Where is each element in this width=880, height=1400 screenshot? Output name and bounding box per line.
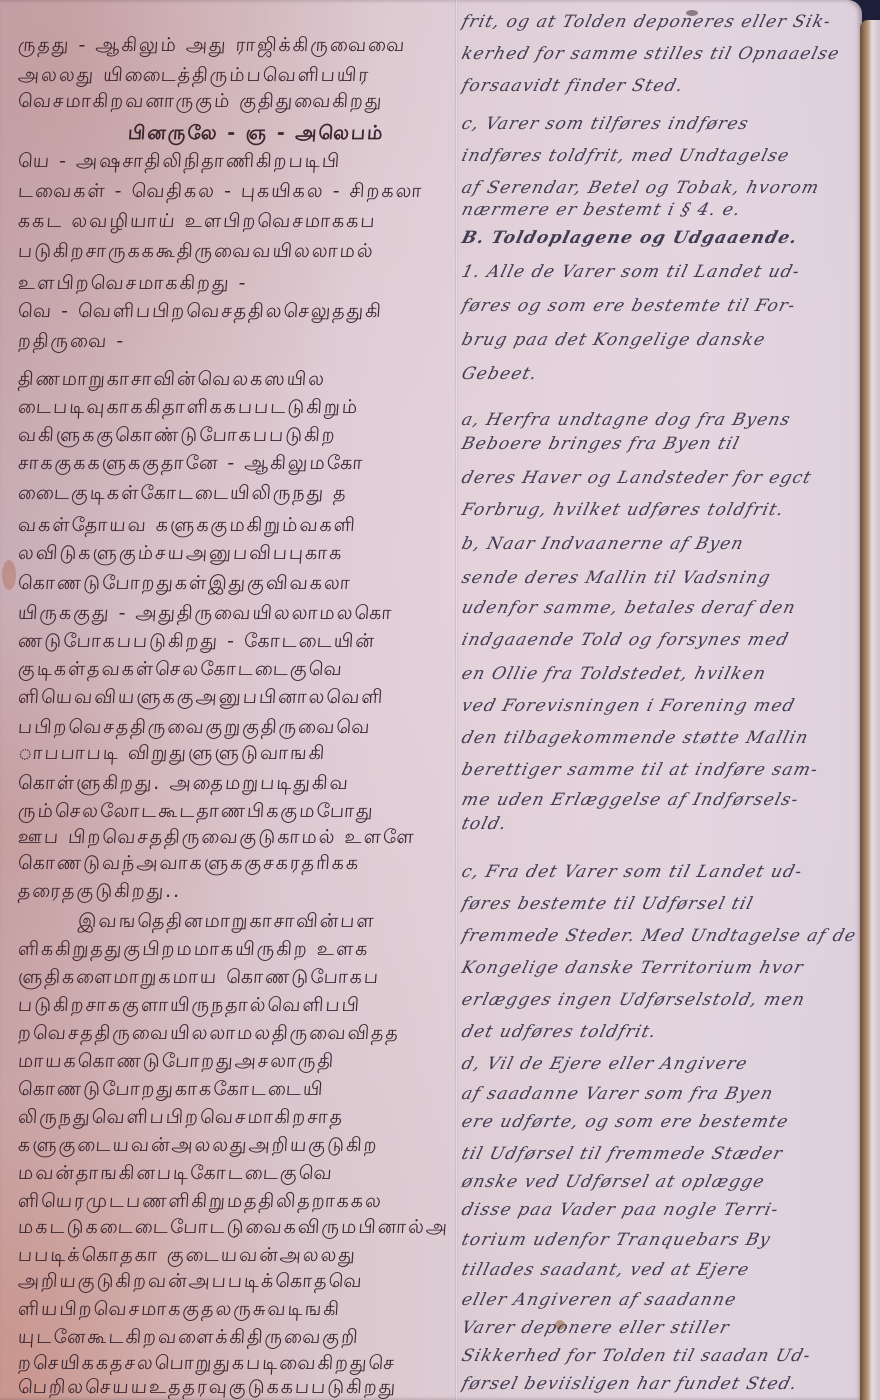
tamil-line: வகிளுககுகொண்டுபோகபபடுகிற <box>17 424 449 449</box>
danish-line: c, Fra det Varer som til Landet ud- <box>460 862 857 882</box>
danish-line: brug paa det Kongelige danske <box>460 330 857 350</box>
tamil-line: ளியெவவியளுககுஅனுபபினாலவெளி <box>17 686 449 711</box>
danish-line: ved Forevisningen i Forening med <box>460 696 857 716</box>
tamil-line: மாயககொணடுபோறதுஅசலாருதி <box>17 1050 449 1075</box>
tamil-line: ளிககிறுததுகுபிறமமாகயிருகிற உளக <box>17 938 449 963</box>
ink-stain <box>2 560 16 590</box>
danish-line: torium udenfor Tranquebars By <box>460 1230 857 1250</box>
tamil-line: அலலது யிடைைத்திரும்பவெளிபயிர <box>17 64 449 89</box>
danish-line: til Udførsel til fremmede Stæder <box>460 1144 857 1164</box>
danish-line: det udføres toldfrit. <box>460 1022 857 1042</box>
tamil-line: பபடிக்கொதகா குடையவன்அலலது <box>17 1244 449 1269</box>
tamil-line: பெறிலசெயயஉததரவுகுடுககபபடுகிறது <box>17 1376 449 1400</box>
danish-line: af Serendar, Betel og Tobak, hvorom <box>460 178 857 198</box>
danish-line: deres Haver og Landsteder for egct <box>460 468 857 488</box>
danish-column: frit, og at Tolden deponeres eller Sik- … <box>462 0 854 1400</box>
danish-line: told. <box>460 814 857 834</box>
tamil-line: மகடடுகடைடைபோடடுவைகவிருமபினால்அ <box>17 1216 449 1241</box>
tamil-line: திணமாறுகாசாவின்வெலகஸயில <box>17 368 449 393</box>
tamil-line: மவன்தாஙகினபடிகோடடைகுவெ <box>17 1162 449 1187</box>
book-binding-edge <box>860 20 880 1400</box>
danish-line: ønske ved Udførsel at oplægge <box>460 1172 857 1192</box>
tamil-line: வெசமாகிறவனாருகும் குதிதுவைகிறது <box>17 90 449 115</box>
tamil-line: றவெசததிருவையிலலாமலதிருவைவிதத <box>17 1022 449 1047</box>
tamil-line: ககட லவழியாய் உளபிறவெசமாககப <box>17 210 449 235</box>
danish-line: indføres toldfrit, med Undtagelse <box>460 146 857 166</box>
tamil-line: வெ - வெளிபபிறவெசததிலசெலுததுகி <box>17 300 449 325</box>
danish-line: den tilbagekommende støtte Mallin <box>460 728 857 748</box>
danish-line: erlægges ingen Udførselstold, men <box>460 990 857 1010</box>
danish-line: tillades saadant, ved at Ejere <box>460 1260 857 1280</box>
danish-line: fremmede Steder. Med Undtagelse af det <box>460 926 857 946</box>
danish-line: sende deres Mallin til Vadsning <box>460 568 857 588</box>
tamil-line: கொணடுவந்அவாகளுககுசகரதரிகக <box>17 852 449 877</box>
tamil-line: றசெயிககதசலபொறுதுகபடிவைகிறதுசெ <box>17 1352 449 1377</box>
danish-line: frit, og at Tolden deponeres eller Sik- <box>460 12 857 32</box>
danish-line: a, Herfra undtagne dog fra Byens <box>460 410 857 430</box>
danish-line: 1. Alle de Varer som til Landet ud- <box>460 262 857 282</box>
tamil-line: யெ - அஷசாதிலிநிதாணிகிறபடிபி <box>17 150 449 175</box>
danish-line: førsel beviisligen har fundet Sted. <box>460 1374 857 1394</box>
tamil-line: களுகுடையவன்அலலதுஅறியகுடுகிற <box>17 1134 449 1159</box>
tamil-line: ாபபாபடி விறுதுளுளுடுவாஙகி <box>17 742 449 767</box>
danish-line: Kongelige danske Territorium hvor <box>460 958 857 978</box>
tamil-line: யிருககுது - அதுதிருவையிலலாமலகொ <box>17 602 449 627</box>
danish-line: en Ollie fra Toldstedet, hvilken <box>460 664 857 684</box>
danish-line: disse paa Vader paa nogle Terri- <box>460 1200 857 1220</box>
tamil-line: ளுதிகளைமாறுகமாய கொணடுபோகப <box>17 966 449 991</box>
column-fold-line <box>455 0 458 1400</box>
tamil-line: ஊப பிறவெசததிருவைகுடுகாமல் உளளே <box>17 826 449 851</box>
danish-line: c, Varer som tilføres indføres <box>460 114 857 134</box>
manuscript-page: ருதது - ஆகிலும் அது ராஜிக்கிருவைவை அலலது… <box>0 0 862 1400</box>
tamil-column: ருதது - ஆகிலும் அது ராஜிக்கிருவைவை அலலது… <box>18 0 448 1400</box>
danish-line: kerhed for samme stilles til Opnaaelse <box>460 44 857 64</box>
tamil-line: கொள்ளுகிறது. அதைமறுபடிதுகிவ <box>17 772 449 797</box>
tamil-line: சாககுககளுககுதானே - ஆகிலுமகோ <box>17 452 449 477</box>
tamil-line: கொணடுபோறதுகள்இதுகுவிவகலா <box>17 572 449 597</box>
danish-line: føres bestemte til Udførsel til <box>460 894 857 914</box>
danish-line: Gebeet. <box>460 364 857 384</box>
tamil-line: டைபடிவுகாககிதாளிககபபடடுகிறும் <box>17 396 449 421</box>
tamil-line: உளபிறவெசமாககிறது - <box>17 272 449 297</box>
danish-line: me uden Erlæggelse af Indførsels- <box>460 790 857 810</box>
danish-line: udenfor samme, betales deraf den <box>460 598 857 618</box>
tamil-line: தரைதகுடுகிறது.. <box>17 880 449 905</box>
danish-line: Varer deponere eller stiller <box>460 1318 857 1338</box>
tamil-line: லவிடுகளுகும்சயஅனுபவிபபுகாக <box>17 542 449 567</box>
danish-line: eller Angiveren af saadanne <box>460 1290 857 1310</box>
tamil-line: றதிருவை - <box>17 330 449 355</box>
tamil-line: படுகிறசாககுளாயிருநதால்வெளிபபி <box>17 994 449 1019</box>
tamil-paragraph-start: இவஙதெதினமாறுகாசாவின்பள <box>17 910 509 935</box>
danish-line: føres og som ere bestemte til For- <box>460 296 857 316</box>
tamil-line: டைைகுடிகள்கோடடையிலிருநது த <box>17 482 449 507</box>
danish-line: Sikkerhed for Tolden til saadan Ud- <box>460 1346 857 1366</box>
tamil-line: ளியபிறவெசமாககுதலருசுவடிஙகி <box>17 1298 449 1323</box>
danish-line: d, Vil de Ejere eller Angivere <box>460 1054 857 1074</box>
tamil-line: ளியெரமுடபணளிகிறுமததிலிதறாககல <box>17 1190 449 1215</box>
tamil-line: ணடுபோகபபடுகிறது - கோடடையின் <box>17 630 449 655</box>
tamil-line: யுடனேகூடகிறவளைக்கிதிருவைகுறி <box>17 1326 449 1351</box>
tamil-line: கொணடுபோறதுகாககோடடையி <box>17 1078 449 1103</box>
danish-line: indgaaende Told og forsynes med <box>460 630 857 650</box>
tamil-line: ரும்செலலோடகூடதாணபிககுமபோது <box>17 800 449 825</box>
danish-line: nærmere er bestemt i § 4. e. <box>460 200 857 220</box>
danish-section-heading: B. Toldoplagene og Udgaaende. <box>460 228 857 248</box>
tamil-line: வகள்தோயவ களுககுமகிறும்வகளி <box>17 514 449 539</box>
danish-line: forsaavidt finder Sted. <box>460 76 857 96</box>
danish-line: ere udførte, og som ere bestemte <box>460 1112 857 1132</box>
tamil-line: ருதது - ஆகிலும் அது ராஜிக்கிருவைவை <box>17 34 449 59</box>
danish-line: Forbrug, hvilket udføres toldfrit. <box>460 500 857 520</box>
tamil-line: குடிகள்தவகள்செலகோடடைகுவெ <box>17 658 449 683</box>
manuscript-photo: ருதது - ஆகிலும் அது ராஜிக்கிருவைவை அலலது… <box>0 0 880 1400</box>
tamil-line: லிருநதுவெளிபபிறவெசமாகிறசாத <box>17 1106 449 1131</box>
tamil-line: அறியகுடுகிறவன்அபபடிக்கொதவெ <box>17 1270 449 1295</box>
tamil-line: பபிறவெசததிருவைகுறுகுதிருவைவெ <box>17 716 449 741</box>
danish-line: Beboere bringes fra Byen til <box>460 434 857 454</box>
danish-line: b, Naar Indvaanerne af Byen <box>460 534 857 554</box>
danish-line: af saadanne Varer som fra Byen <box>460 1084 857 1104</box>
tamil-line: டவைகள் - வெதிகல - புகயிகல - சிறகலா <box>17 180 449 205</box>
danish-line: berettiger samme til at indføre sam- <box>460 760 857 780</box>
tamil-line: படுகிறசாருகககூதிருவைவயிலலாமல் <box>17 240 449 265</box>
